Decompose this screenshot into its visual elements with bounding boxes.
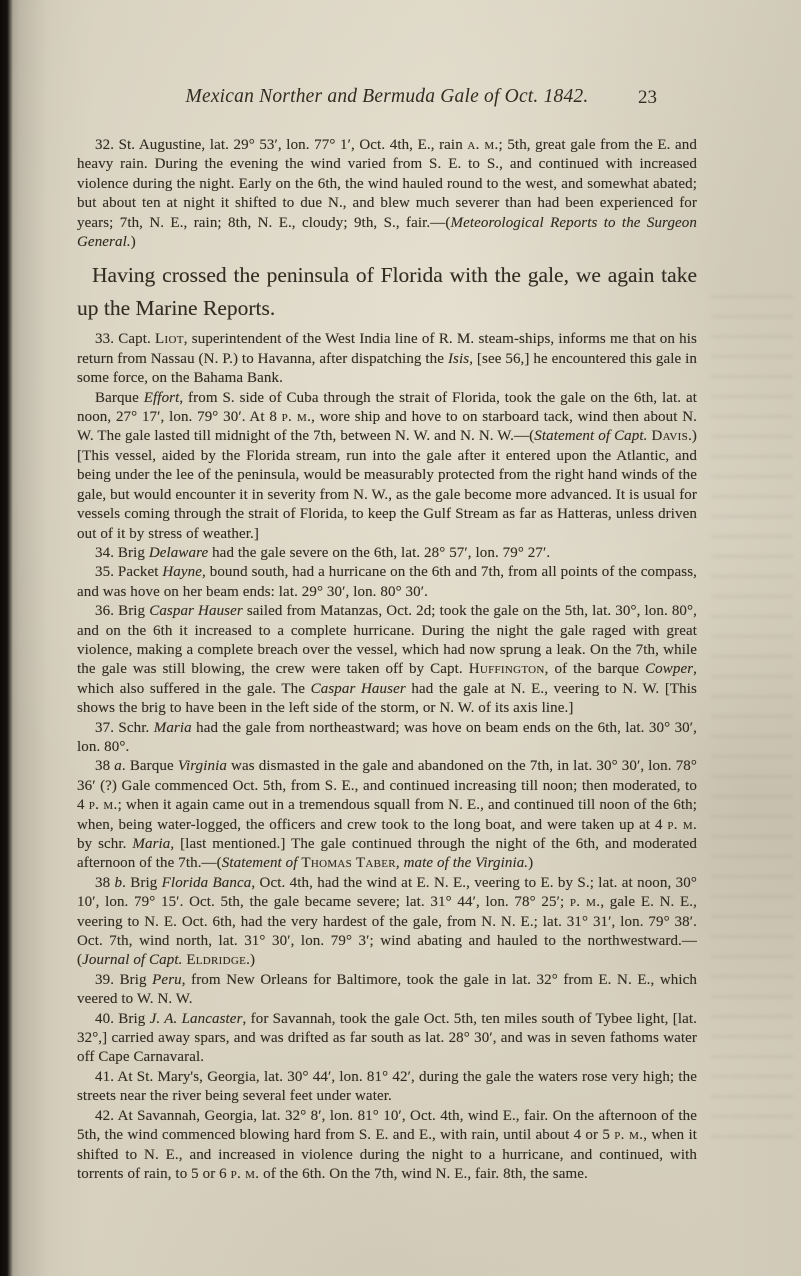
text-run: . Barque xyxy=(122,758,178,774)
text-run: 39. Brig xyxy=(95,972,152,988)
italic-text-run: Hayne xyxy=(162,564,202,580)
italic-text-run: Isis xyxy=(448,351,469,367)
text-run: 41. At St. Mary's, Georgia, lat. 30° 44′… xyxy=(77,1069,697,1104)
text-run: . Brig xyxy=(122,875,162,891)
binding-shadow xyxy=(0,0,13,1276)
text-run: , of the barque xyxy=(545,661,645,677)
paragraph-35: 35. Packet Hayne, bound south, had a hur… xyxy=(77,563,697,602)
text-run: 42. At Savannah, Georgia, lat. 32° 8′, l… xyxy=(77,1108,697,1143)
paragraph-39: 39. Brig Peru, from New Orleans for Balt… xyxy=(77,971,697,1010)
text-run: .) xyxy=(246,952,255,968)
paragraph-32: 32. St. Augustine, lat. 29° 53′, lon. 77… xyxy=(77,136,697,252)
text-run: 37. Schr. xyxy=(95,720,154,736)
text-run: Barque xyxy=(95,390,144,406)
text-run: 36. Brig xyxy=(95,603,149,619)
text-block: Mexican Norther and Bermuda Gale of Oct.… xyxy=(77,86,697,1184)
text-run: 38 xyxy=(95,875,115,891)
italic-text-run: a xyxy=(114,758,122,774)
text-run: Having crossed the peninsula of Florida … xyxy=(77,263,697,320)
smallcaps-text-run: a. m. xyxy=(467,137,498,153)
text-run: ; when it again came out in a tremendous… xyxy=(77,797,697,832)
paragraph-37: 37. Schr. Maria had the gale from northe… xyxy=(77,719,697,758)
paragraph-40: 40. Brig J. A. Lancaster, for Savannah, … xyxy=(77,1010,697,1068)
text-run: 32. St. Augustine, lat. 29° 53′, lon. 77… xyxy=(95,137,467,153)
italic-text-run: Caspar Hauser xyxy=(311,681,406,697)
paragraph-36: 36. Brig Caspar Hauser sailed from Matan… xyxy=(77,602,697,718)
running-head: Mexican Norther and Bermuda Gale of Oct.… xyxy=(77,86,697,114)
paragraph-38b: 38 b. Brig Florida Banca, Oct. 4th, had … xyxy=(77,874,697,971)
page-title: Mexican Norther and Bermuda Gale of Oct.… xyxy=(186,86,589,107)
text-run: by schr. xyxy=(77,836,132,852)
text-run: 38 xyxy=(95,758,114,774)
smallcaps-text-run: p. m. xyxy=(231,1166,260,1182)
smallcaps-text-run: p. m. xyxy=(570,894,600,910)
italic-text-run: b xyxy=(115,875,123,891)
italic-text-run: Peru xyxy=(152,972,182,988)
smallcaps-text-run: p. m. xyxy=(667,817,697,833)
intro-paragraph: Having crossed the peninsula of Florida … xyxy=(77,259,697,325)
text-run: 33. Capt. xyxy=(95,331,155,347)
smallcaps-text-run: Liot xyxy=(155,331,184,347)
italic-text-run: Journal of Capt. xyxy=(82,952,186,968)
paragraph-42: 42. At Savannah, Georgia, lat. 32° 8′, l… xyxy=(77,1107,697,1185)
paragraph-33: 33. Capt. Liot, superintendent of the We… xyxy=(77,330,697,388)
text-run: ) xyxy=(528,855,533,871)
italic-text-run: Delaware xyxy=(149,545,208,561)
italic-text-run: Statement of xyxy=(222,855,302,871)
smallcaps-text-run: p. m. xyxy=(89,797,118,813)
text-run: had the gale severe on the 6th, lat. 28°… xyxy=(208,545,550,561)
paragraph-34: 34. Brig Delaware had the gale severe on… xyxy=(77,544,697,563)
italic-text-run: Florida Banca xyxy=(162,875,252,891)
paragraph-41: 41. At St. Mary's, Georgia, lat. 30° 44′… xyxy=(77,1068,697,1107)
smallcaps-text-run: Thomas Taber xyxy=(301,855,395,871)
paragraph-38a: 38 a. Barque Virginia was dismasted in t… xyxy=(77,757,697,873)
italic-text-run: Maria xyxy=(132,836,170,852)
italic-text-run: Statement of Capt. xyxy=(534,428,651,444)
page-number: 23 xyxy=(638,87,657,109)
text-run: ) xyxy=(131,234,136,250)
italic-text-run: Maria xyxy=(154,720,192,736)
italic-text-run: Caspar Hauser xyxy=(149,603,243,619)
text-run: .) [This vessel, aided by the Florida st… xyxy=(77,428,697,541)
italic-text-run: Virginia xyxy=(178,758,227,774)
italic-text-run: Cowper xyxy=(645,661,693,677)
text-run: 34. Brig xyxy=(95,545,149,561)
italic-text-run: J. A. Lancaster xyxy=(150,1011,243,1027)
smallcaps-text-run: p. m. xyxy=(614,1127,643,1143)
text-run: of the 6th. On the 7th, wind N. E., fair… xyxy=(259,1166,588,1182)
italic-text-run: Effort xyxy=(144,390,180,406)
paragraph-33-barque-effort: Barque Effort, from S. side of Cuba thro… xyxy=(77,389,697,544)
smallcaps-text-run: Eldridge xyxy=(186,952,246,968)
page-showthrough xyxy=(711,295,793,1140)
text-run: 40. Brig xyxy=(95,1011,150,1027)
scanned-book-page: Mexican Norther and Bermuda Gale of Oct.… xyxy=(0,0,801,1276)
smallcaps-text-run: Davis xyxy=(651,428,688,444)
smallcaps-text-run: Huffington xyxy=(469,661,545,677)
italic-text-run: , mate of the Virginia. xyxy=(396,855,528,871)
smallcaps-text-run: p. m. xyxy=(282,409,312,425)
text-run: 35. Packet xyxy=(95,564,162,580)
